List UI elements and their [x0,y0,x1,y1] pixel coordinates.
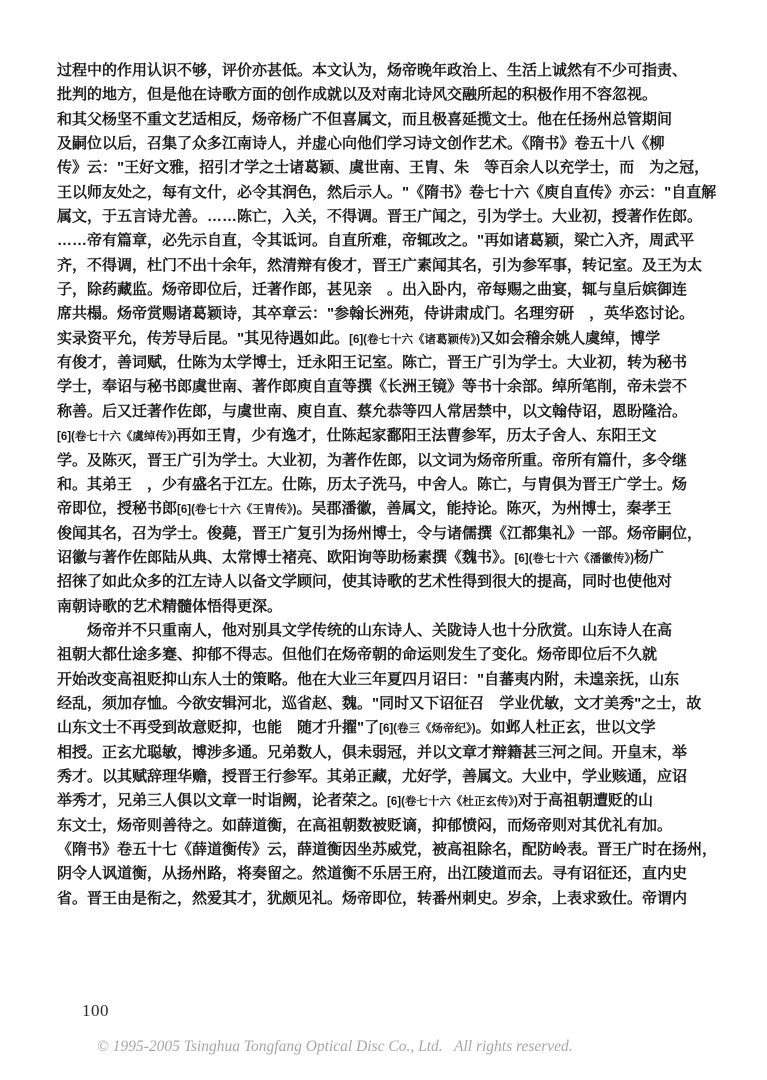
text-segment: 王以师友处之，每有文什，必令其润色，然后示人。"《隋书》卷七十六《庾自直传》亦云… [57,184,716,201]
text-segment: 杨广 [634,549,664,566]
text-segment: 南朝诗歌的艺术精髓体悟得更深。 [57,598,282,615]
text-segment: 开始改变高祖贬抑山东人士的策略。他在大业三年夏四月诏曰："自蕃夷内附，未遑亲抚，… [57,671,679,688]
text-segment: 席共榻。炀帝赏赐诸葛颖诗，其卒章云："参翰长洲苑，侍讲肃成门。名理穷研 ，英华恣… [57,305,694,322]
text-segment: 学士，奉诏与秘书郎虞世南、著作郎庾自直等撰《长洲王镜》等书十余部。绰所笔削，帝未… [57,378,687,395]
text-line: 属文，于五言诗尤善。……陈亡，入关，不得调。晋王广闻之，引为学士。大业初，授著作… [57,205,719,229]
text-line: 学士，奉诏与秘书郎虞世南、著作郎庾自直等撰《长洲王镜》等书十余部。绰所笔削，帝未… [57,375,719,399]
body-text: 过程中的作用认识不够，评价亦甚低。本文认为，炀帝晚年政治上、生活上诚然有不少可指… [57,59,719,911]
text-line: 开始改变高祖贬抑山东人士的策略。他在大业三年夏四月诏曰："自蕃夷内附，未遑亲抚，… [57,668,719,692]
text-line: 和其父杨坚不重文艺适相反，炀帝杨广不但喜属文，而且极喜延揽文士。他在任扬州总管期… [57,108,719,132]
text-segment: 和。其弟王 ，少有盛名于江左。仕陈，历太子洗马，中舍人。陈亡，与胄俱为晋王广学士… [57,476,687,493]
text-line: 帝即位，授秘书郎[6](卷七十六《王胄传》)。吴郡潘徽，善属文，能持论。陈灭，为… [57,497,719,521]
text-segment: 过程中的作用认识不够，评价亦甚低。本文认为，炀帝晚年政治上、生活上诚然有不少可指… [57,62,687,79]
text-segment: 山东文士不再受到故意贬抑，也能 随才升擢"了 [57,719,379,736]
text-line: 炀帝并不只重南人，他对别具文学传统的山东诗人、关陇诗人也十分欣赏。山东诗人在高 [57,619,719,643]
text-line: 俊闻其名，召为学士。俊薨，晋王广复引为扬州博士，令与诸儒撰《江都集礼》一部。炀帝… [57,522,719,546]
text-line: 诏徽与著作佐郎陆从典、太常博士褚亮、欧阳询等助杨素撰《魏书》。[6](卷七十六《… [57,546,719,570]
citation-reference: [6](卷七十六《潘徽传》) [515,553,634,565]
text-segment: 学。及陈灭，晋王广引为学士。大业初，为著作佐郎，以文词为炀帝所重。帝所有篇什，多… [57,452,687,469]
citation-reference: [6](卷七十六《诸葛颖传》) [349,334,480,346]
text-segment: 举秀才，兄弟三人俱以文章一时诣阙，论者荣之。 [57,792,387,809]
text-line: 王以师友处之，每有文什，必令其润色，然后示人。"《隋书》卷七十六《庾自直传》亦云… [57,181,719,205]
text-line: 学。及陈灭，晋王广引为学士。大业初，为著作佐郎，以文词为炀帝所重。帝所有篇什，多… [57,449,719,473]
copyright-notice: © 1995-2005 Tsinghua Tongfang Optical Di… [97,1038,573,1056]
text-line: 秀才。以其赋辞理华赡，授晋王行参军。其弟正藏，尤好学，善属文。大业中，学业赅通，… [57,765,719,789]
page-number: 100 [82,1001,109,1021]
text-line: 省。晋王由是衔之，然爱其才，犹颇见礼。炀帝即位，转番州刺史。岁余，上表求致仕。帝… [57,887,719,911]
text-segment: 帝即位，授秘书郎 [57,500,177,517]
text-segment: 阴令人讽道衡，从扬州路，将奏留之。然道衡不乐居王府，出江陵道而去。寻有诏征还，直… [57,865,687,882]
text-segment: 。吴郡潘徽，善属文，能持论。陈灭，为州博士，秦孝王 [296,500,671,517]
text-segment: 再如王胄，少有逸才，仕陈起家鄱阳王法曹参军，历太子舍人、东阳王文 [176,427,656,444]
text-segment: 称善。后又迁著作佐郎，与虞世南、庾自直、蔡允恭等四人常居禁中，以文翰侍诏，恩盼隆… [57,403,687,420]
text-segment: 俊闻其名，召为学士。俊薨，晋王广复引为扬州博士，令与诸儒撰《江都集礼》一部。炀帝… [57,525,702,542]
citation-reference: [6](卷七十六《杜正玄传》) [387,796,518,808]
text-segment: 齐，不得调，杜门不出十余年，然清辩有俊才，晋王广素闻其名，引为参军事，转记室。及… [57,257,702,274]
text-segment: 炀帝并不只重南人，他对别具文学传统的山东诗人、关陇诗人也十分欣赏。山东诗人在高 [57,622,672,639]
text-segment: 经乱，须加存恤。今欲安辑河北，巡省赵、魏。"同时又下诏征召 学业优敏，文才美秀"… [57,695,701,712]
text-segment: 有俊才，善词赋，仕陈为太学博士，迁永阳王记室。陈亡，晋王广引为学士。大业初，转为… [57,354,687,371]
text-segment: 秀才。以其赋辞理华赡，授晋王行参军。其弟正藏，尤好学，善属文。大业中，学业赅通，… [57,768,687,785]
text-segment: 批判的地方，但是他在诗歌方面的创作成就以及对南北诗风交融所起的积极作用不容忽视。 [57,86,657,103]
document-page: 过程中的作用认识不够，评价亦甚低。本文认为，炀帝晚年政治上、生活上诚然有不少可指… [0,0,767,1080]
text-line: 实录资平允，传芳导后昆。"其见待遇如此。[6](卷七十六《诸葛颖传》)又如会稽余… [57,327,719,351]
text-segment: 及嗣位以后，召集了众多江南诗人，并虚心向他们学习诗文创作艺术。《隋书》卷五十八《… [57,135,665,152]
text-segment: 又如会稽余姚人虞绰，博学 [480,330,660,347]
text-line: 阴令人讽道衡，从扬州路，将奏留之。然道衡不乐居王府，出江陵道而去。寻有诏征还，直… [57,862,719,886]
text-line: 过程中的作用认识不够，评价亦甚低。本文认为，炀帝晚年政治上、生活上诚然有不少可指… [57,59,719,83]
text-line: 东文士，炀帝则善待之。如薛道衡，在高祖朝数被贬谪，抑郁愤闷，而炀帝则对其优礼有加… [57,814,719,838]
text-line: 南朝诗歌的艺术精髓体悟得更深。 [57,595,719,619]
text-segment: ……帝有篇章，必先示自直，令其诋诃。自直所难，帝辄改之。"再如诸葛颖，梁亡入齐，… [57,232,694,249]
text-line: 山东文士不再受到故意贬抑，也能 随才升擢"了[6](卷三《炀帝纪》)。如邺人杜正… [57,716,719,740]
text-line: 招徕了如此众多的江左诗人以备文学顾问，使其诗歌的艺术性得到很大的提高，同时也使他… [57,570,719,594]
text-segment: 实录资平允，传芳导后昆。"其见待遇如此。 [57,330,349,347]
text-line: 子，除药藏监。炀帝即位后，迁著作郎，甚见亲 。出入卧内，帝每赐之曲宴，辄与皇后嫔… [57,278,719,302]
text-segment: 省。晋王由是衔之，然爱其才，犹颇见礼。炀帝即位，转番州刺史。岁余，上表求致仕。帝… [57,890,687,907]
citation-reference: [6](卷三《炀帝纪》) [379,723,475,735]
text-line: 席共榻。炀帝赏赐诸葛颖诗，其卒章云："参翰长洲苑，侍讲肃成门。名理穷研 ，英华恣… [57,302,719,326]
text-line: 相授。正玄尤聪敏，博涉多通。兄弟数人，俱未弱冠，并以文章才辩籍甚三河之间。开皇末… [57,741,719,765]
text-line: 及嗣位以后，召集了众多江南诗人，并虚心向他们学习诗文创作艺术。《隋书》卷五十八《… [57,132,719,156]
citation-reference: [6](卷七十六《虞绰传》) [57,431,176,443]
text-segment: 《隋书》卷五十七《薛道衡传》云，薛道衡因坐苏威党，被高祖除名，配防岭表。晋王广时… [57,841,717,858]
text-segment: 祖朝大都仕途多蹇、抑郁不得志。但他们在炀帝朝的命运则发生了变化。炀帝即位后不久就 [57,646,657,663]
text-line: 有俊才，善词赋，仕陈为太学博士，迁永阳王记室。陈亡，晋王广引为学士。大业初，转为… [57,351,719,375]
text-line: [6](卷七十六《虞绰传》)再如王胄，少有逸才，仕陈起家鄱阳王法曹参军，历太子舍… [57,424,719,448]
citation-reference: [6](卷七十六《王胄传》) [177,504,296,516]
text-line: 《隋书》卷五十七《薛道衡传》云，薛道衡因坐苏威党，被高祖除名，配防岭表。晋王广时… [57,838,719,862]
text-segment: 相授。正玄尤聪敏，博涉多通。兄弟数人，俱未弱冠，并以文章才辩籍甚三河之间。开皇末… [57,744,687,761]
text-line: 祖朝大都仕途多蹇、抑郁不得志。但他们在炀帝朝的命运则发生了变化。炀帝即位后不久就 [57,643,719,667]
text-segment: 传》云："王好文雅，招引才学之士诸葛颖、虞世南、王胄、朱 等百余人以充学士，而 … [57,159,709,176]
text-line: 齐，不得调，杜门不出十余年，然清辩有俊才，晋王广素闻其名，引为参军事，转记室。及… [57,254,719,278]
text-segment: 和其父杨坚不重文艺适相反，炀帝杨广不但喜属文，而且极喜延揽文士。他在任扬州总管期… [57,111,672,128]
text-line: 举秀才，兄弟三人俱以文章一时诣阙，论者荣之。[6](卷七十六《杜正玄传》)对于高… [57,789,719,813]
text-segment: 对于高祖朝遭贬的山 [518,792,653,809]
text-line: ……帝有篇章，必先示自直，令其诋诃。自直所难，帝辄改之。"再如诸葛颖，梁亡入齐，… [57,229,719,253]
text-segment: 招徕了如此众多的江左诗人以备文学顾问，使其诗歌的艺术性得到很大的提高，同时也使他… [57,573,672,590]
text-segment: 诏徽与著作佐郎陆从典、太常博士褚亮、欧阳询等助杨素撰《魏书》。 [57,549,515,566]
text-segment: 子，除药藏监。炀帝即位后，迁著作郎，甚见亲 。出入卧内，帝每赐之曲宴，辄与皇后嫔… [57,281,687,298]
text-segment: 东文士，炀帝则善待之。如薛道衡，在高祖朝数被贬谪，抑郁愤闷，而炀帝则对其优礼有加… [57,817,672,834]
text-line: 称善。后又迁著作佐郎，与虞世南、庾自直、蔡允恭等四人常居禁中，以文翰侍诏，恩盼隆… [57,400,719,424]
text-line: 和。其弟王 ，少有盛名于江左。仕陈，历太子洗马，中舍人。陈亡，与胄俱为晋王广学士… [57,473,719,497]
text-line: 批判的地方，但是他在诗歌方面的创作成就以及对南北诗风交融所起的积极作用不容忽视。 [57,83,719,107]
text-line: 传》云："王好文雅，招引才学之士诸葛颖、虞世南、王胄、朱 等百余人以充学士，而 … [57,156,719,180]
text-segment: 属文，于五言诗尤善。……陈亡，入关，不得调。晋王广闻之，引为学士。大业初，授著作… [57,208,702,225]
text-segment: 。如邺人杜正玄，世以文学 [476,719,656,736]
text-line: 经乱，须加存恤。今欲安辑河北，巡省赵、魏。"同时又下诏征召 学业优敏，文才美秀"… [57,692,719,716]
